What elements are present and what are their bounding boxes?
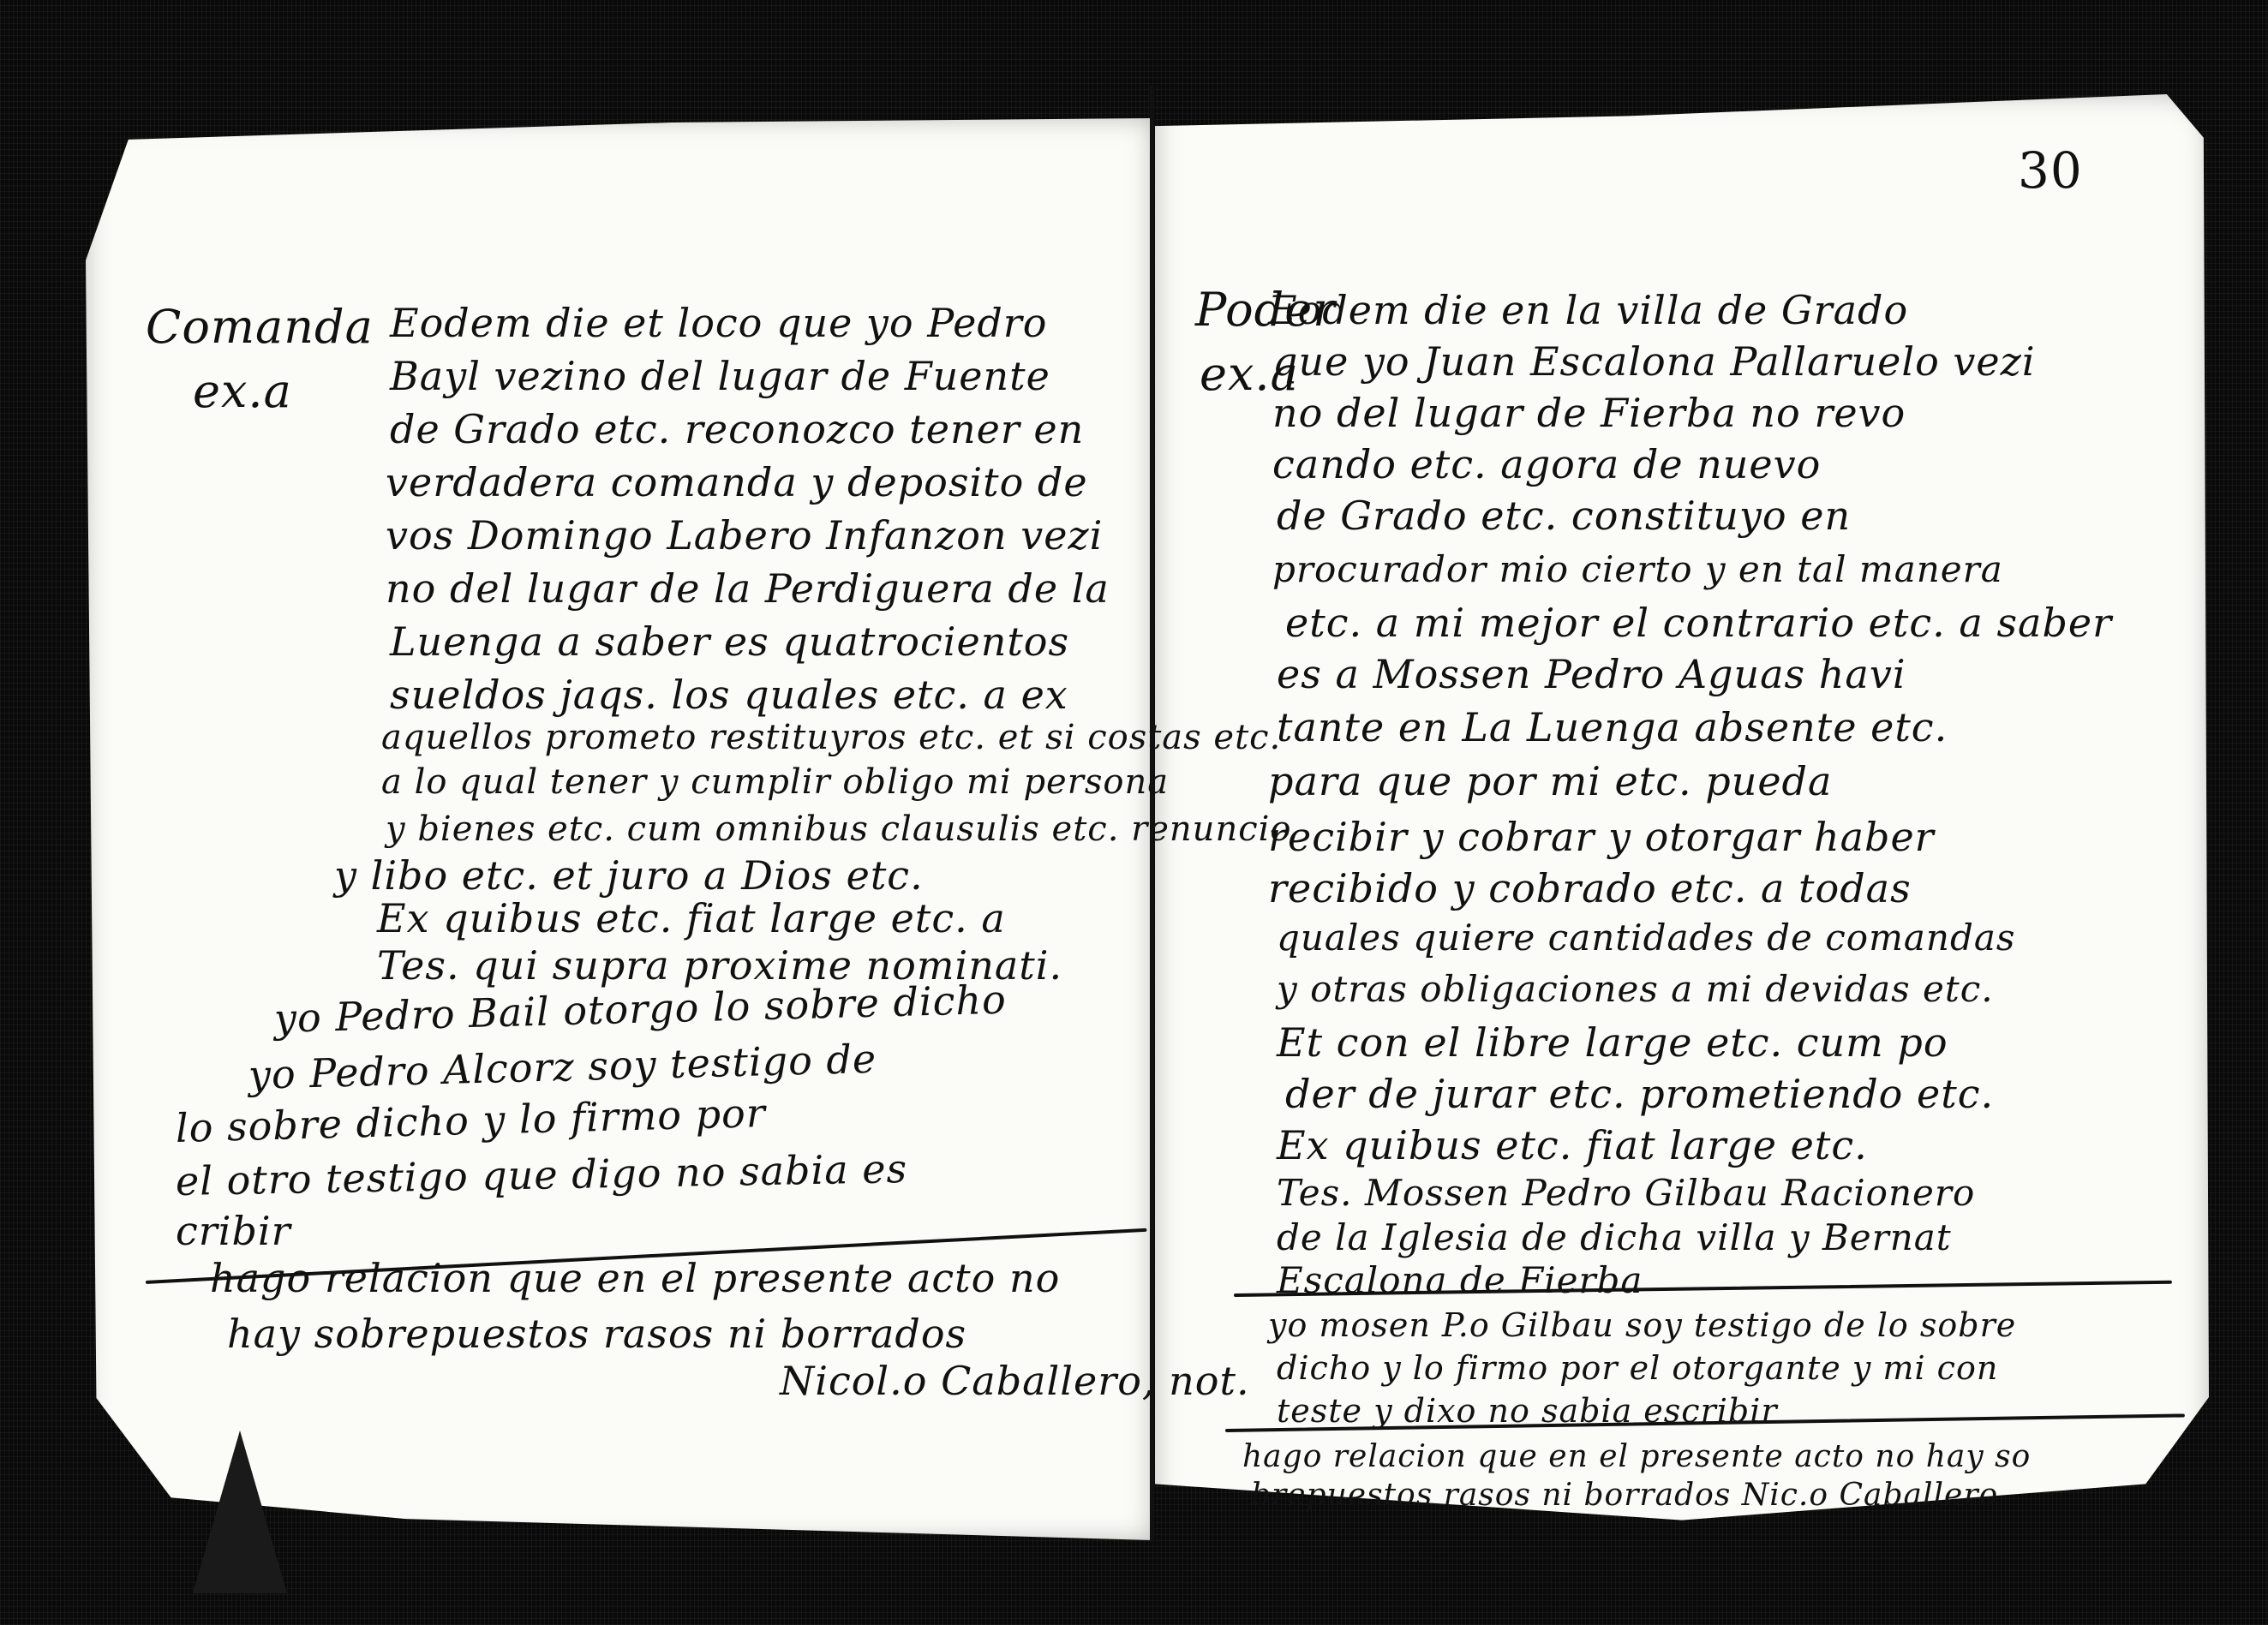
right-body-line: Et con el libre large etc. cum po (1277, 1019, 1948, 1066)
right-body-line: no del lugar de Fierba no revo (1272, 390, 1906, 436)
right-body-line: etc. a mi mejor el contrario etc. a sabe… (1285, 600, 2112, 646)
right-body-line: cando etc. agora de nuevo (1272, 441, 1821, 487)
left-notary-signature: Nicol.o Caballero, not. (780, 1358, 1250, 1404)
right-body-line: de Grado etc. constituyo en (1277, 493, 1851, 539)
left-notary-line: hay sobrepuestos rasos ni borrados (227, 1311, 966, 1357)
left-body-line: Bayl vezino del lugar de Fuente (390, 353, 1050, 399)
right-body-line: Eodem die en la villa de Grado (1268, 287, 1908, 333)
left-body-line: no del lugar de la Perdiguera de la (386, 565, 1110, 612)
left-notary-line: hago relacion que en el presente acto no (210, 1255, 1060, 1301)
right-body-line: quales quiere cantidades de comandas (1277, 917, 2015, 959)
right-body-line: es a Mossen Pedro Aguas havi (1277, 651, 1906, 697)
left-body-line: sueldos jaqs. los quales etc. a ex (390, 672, 1068, 718)
left-body-line: y libo etc. et juro a Dios etc. (334, 852, 924, 899)
page-corner-shadow (193, 1431, 287, 1593)
page-number: 30 (2018, 141, 2083, 200)
left-body-line: de Grado etc. reconozco tener en (390, 406, 1084, 452)
left-body-line: a lo qual tener y cumplir obligo mi pers… (381, 762, 1169, 802)
right-body-line: tante en La Luenga absente etc. (1277, 704, 1948, 750)
right-body-line: recibido y cobrado etc. a todas (1268, 865, 1912, 911)
left-margin-note-line-2: ex.a (193, 364, 292, 418)
left-margin-note-line-1: Comanda (146, 300, 374, 354)
right-body-line: que yo Juan Escalona Pallaruelo vezi (1272, 338, 2036, 385)
right-body-line: der de jurar etc. prometiendo etc. (1285, 1071, 1994, 1117)
right-body-line: de la Iglesia de dicha villa y Bernat (1277, 1216, 1952, 1258)
right-body-line: Ex quibus etc. fiat large etc. (1277, 1122, 1868, 1168)
right-body-line: recibir y cobrar y otorgar haber (1268, 814, 1935, 860)
left-body-line: Eodem die et loco que yo Pedro (390, 300, 1047, 346)
left-body-line: aquellos prometo restituyros etc. et si … (381, 718, 1281, 757)
right-notary-line: hago relacion que en el presente acto no… (1242, 1439, 2031, 1474)
right-witness-line: yo mosen P.o Gilbau soy testigo de lo so… (1268, 1306, 2016, 1344)
right-notary-line: brepuestos rasos ni borrados Nic.o Cabal… (1251, 1478, 1998, 1513)
left-body-line: verdadera comanda y deposito de (386, 459, 1088, 505)
left-body-line: Luenga a saber es quatrocientos (390, 618, 1069, 665)
right-body-line: procurador mio cierto y en tal manera (1272, 548, 2003, 590)
left-body-line: vos Domingo Labero Infanzon vezi (386, 512, 1103, 559)
left-body-line: Ex quibus etc. fiat large etc. a (377, 895, 1006, 941)
left-signature-line: cribir (176, 1208, 291, 1254)
right-body-line: y otras obligaciones a mi devidas etc. (1277, 968, 1994, 1010)
left-body-line: y bienes etc. cum omnibus clausulis etc.… (386, 810, 1291, 849)
right-body-line: para que por mi etc. pueda (1268, 758, 1832, 804)
right-witness-line: dicho y lo firmo por el otorgante y mi c… (1277, 1349, 1998, 1387)
right-body-line: Tes. Mossen Pedro Gilbau Racionero (1277, 1172, 1975, 1214)
